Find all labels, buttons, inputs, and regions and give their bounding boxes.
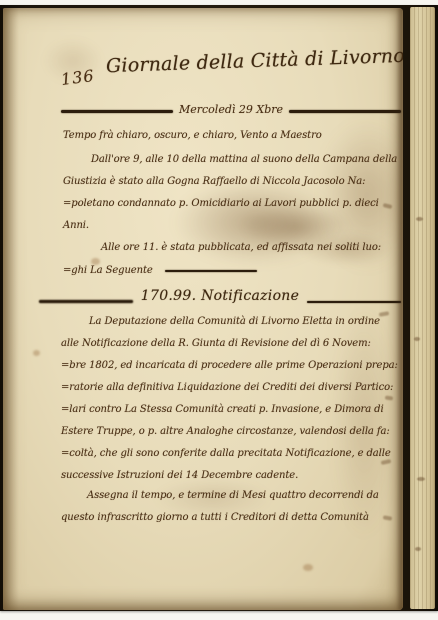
entry2: Alle ore 11. è stata pubblicata, ed affi… — [63, 238, 397, 282]
weather-and-entry1: Tempo frà chiaro, oscuro, e chiaro, Vent… — [63, 126, 397, 148]
rule-right — [289, 110, 401, 113]
entry4: Assegna il tempo, e termine di Mesi quat… — [61, 486, 399, 530]
book-page: 136 Giornale della Città di Livorno Merc… — [3, 8, 403, 610]
manuscript-line: questo infrascritto giorno a tutti i Cre… — [61, 508, 399, 530]
page-number: 136 — [60, 66, 96, 89]
manuscript-line: =ghi La Seguente — [63, 260, 397, 282]
manuscript-line: successive Istruzioni dei 14 Decembre ca… — [61, 466, 399, 488]
weather-line: Tempo frà chiaro, oscuro, e chiaro, Vent… — [63, 126, 397, 148]
date-label: Mercoledì 29 Xbre — [173, 103, 289, 116]
manuscript-line: =lari contro La Stessa Comunità creati p… — [61, 400, 399, 422]
entry3: La Deputazione della Comunità di Livorno… — [61, 312, 399, 488]
page-stack-edge — [410, 7, 435, 609]
ink-bleed-mark — [414, 337, 420, 341]
manuscript-line: =bre 1802, ed incaricata di procedere al… — [61, 356, 399, 378]
entry1: Dall'ore 9, alle 10 della mattina al suo… — [63, 150, 397, 238]
rule-left — [39, 300, 133, 304]
foxing-spot — [303, 564, 313, 571]
manuscript-line: Estere Truppe, o p. altre Analoghe circo… — [61, 422, 399, 444]
binding-gutter — [3, 8, 19, 610]
manuscript-line: Giustizia è stato alla Gogna Raffaello d… — [63, 172, 397, 194]
manuscript-line: =coltà, che gli sono conferite dalla pre… — [61, 444, 399, 466]
journal-title: Giornale della Città di Livorno — [103, 45, 403, 78]
manuscript-line: Anni. — [63, 216, 397, 238]
manuscript-line: La Deputazione della Comunità di Livorno… — [61, 312, 399, 334]
manuscript-scan: 136 Giornale della Città di Livorno Merc… — [0, 0, 438, 620]
foxing-spot — [33, 350, 40, 356]
ink-bleed-mark — [417, 477, 425, 481]
trailing-rule — [165, 270, 257, 273]
rule-left — [61, 110, 173, 113]
ink-bleed-mark — [415, 547, 421, 551]
date-rule-row: Mercoledì 29 Xbre — [61, 98, 401, 116]
notification-heading: 170.99. Notificazione — [133, 288, 307, 304]
manuscript-line: Dall'ore 9, alle 10 della mattina al suo… — [63, 150, 397, 172]
manuscript-line: alle Notificazione della R. Giunta di Re… — [61, 334, 399, 356]
photo-background: 136 Giornale della Città di Livorno Merc… — [0, 5, 438, 611]
manuscript-line: =poletano condannato p. Omicidiario ai L… — [63, 194, 397, 216]
ink-bleed-mark — [416, 217, 423, 221]
rule-right — [307, 301, 401, 304]
notification-heading-row: 170.99. Notificazione — [39, 286, 401, 306]
manuscript-line: Alle ore 11. è stata pubblicata, ed affi… — [63, 238, 397, 260]
manuscript-line: =ratorie alla definitiva Liquidazione de… — [61, 378, 399, 400]
manuscript-line: Assegna il tempo, e termine di Mesi quat… — [61, 486, 399, 508]
manuscript-line-text: =ghi La Seguente — [63, 261, 153, 281]
